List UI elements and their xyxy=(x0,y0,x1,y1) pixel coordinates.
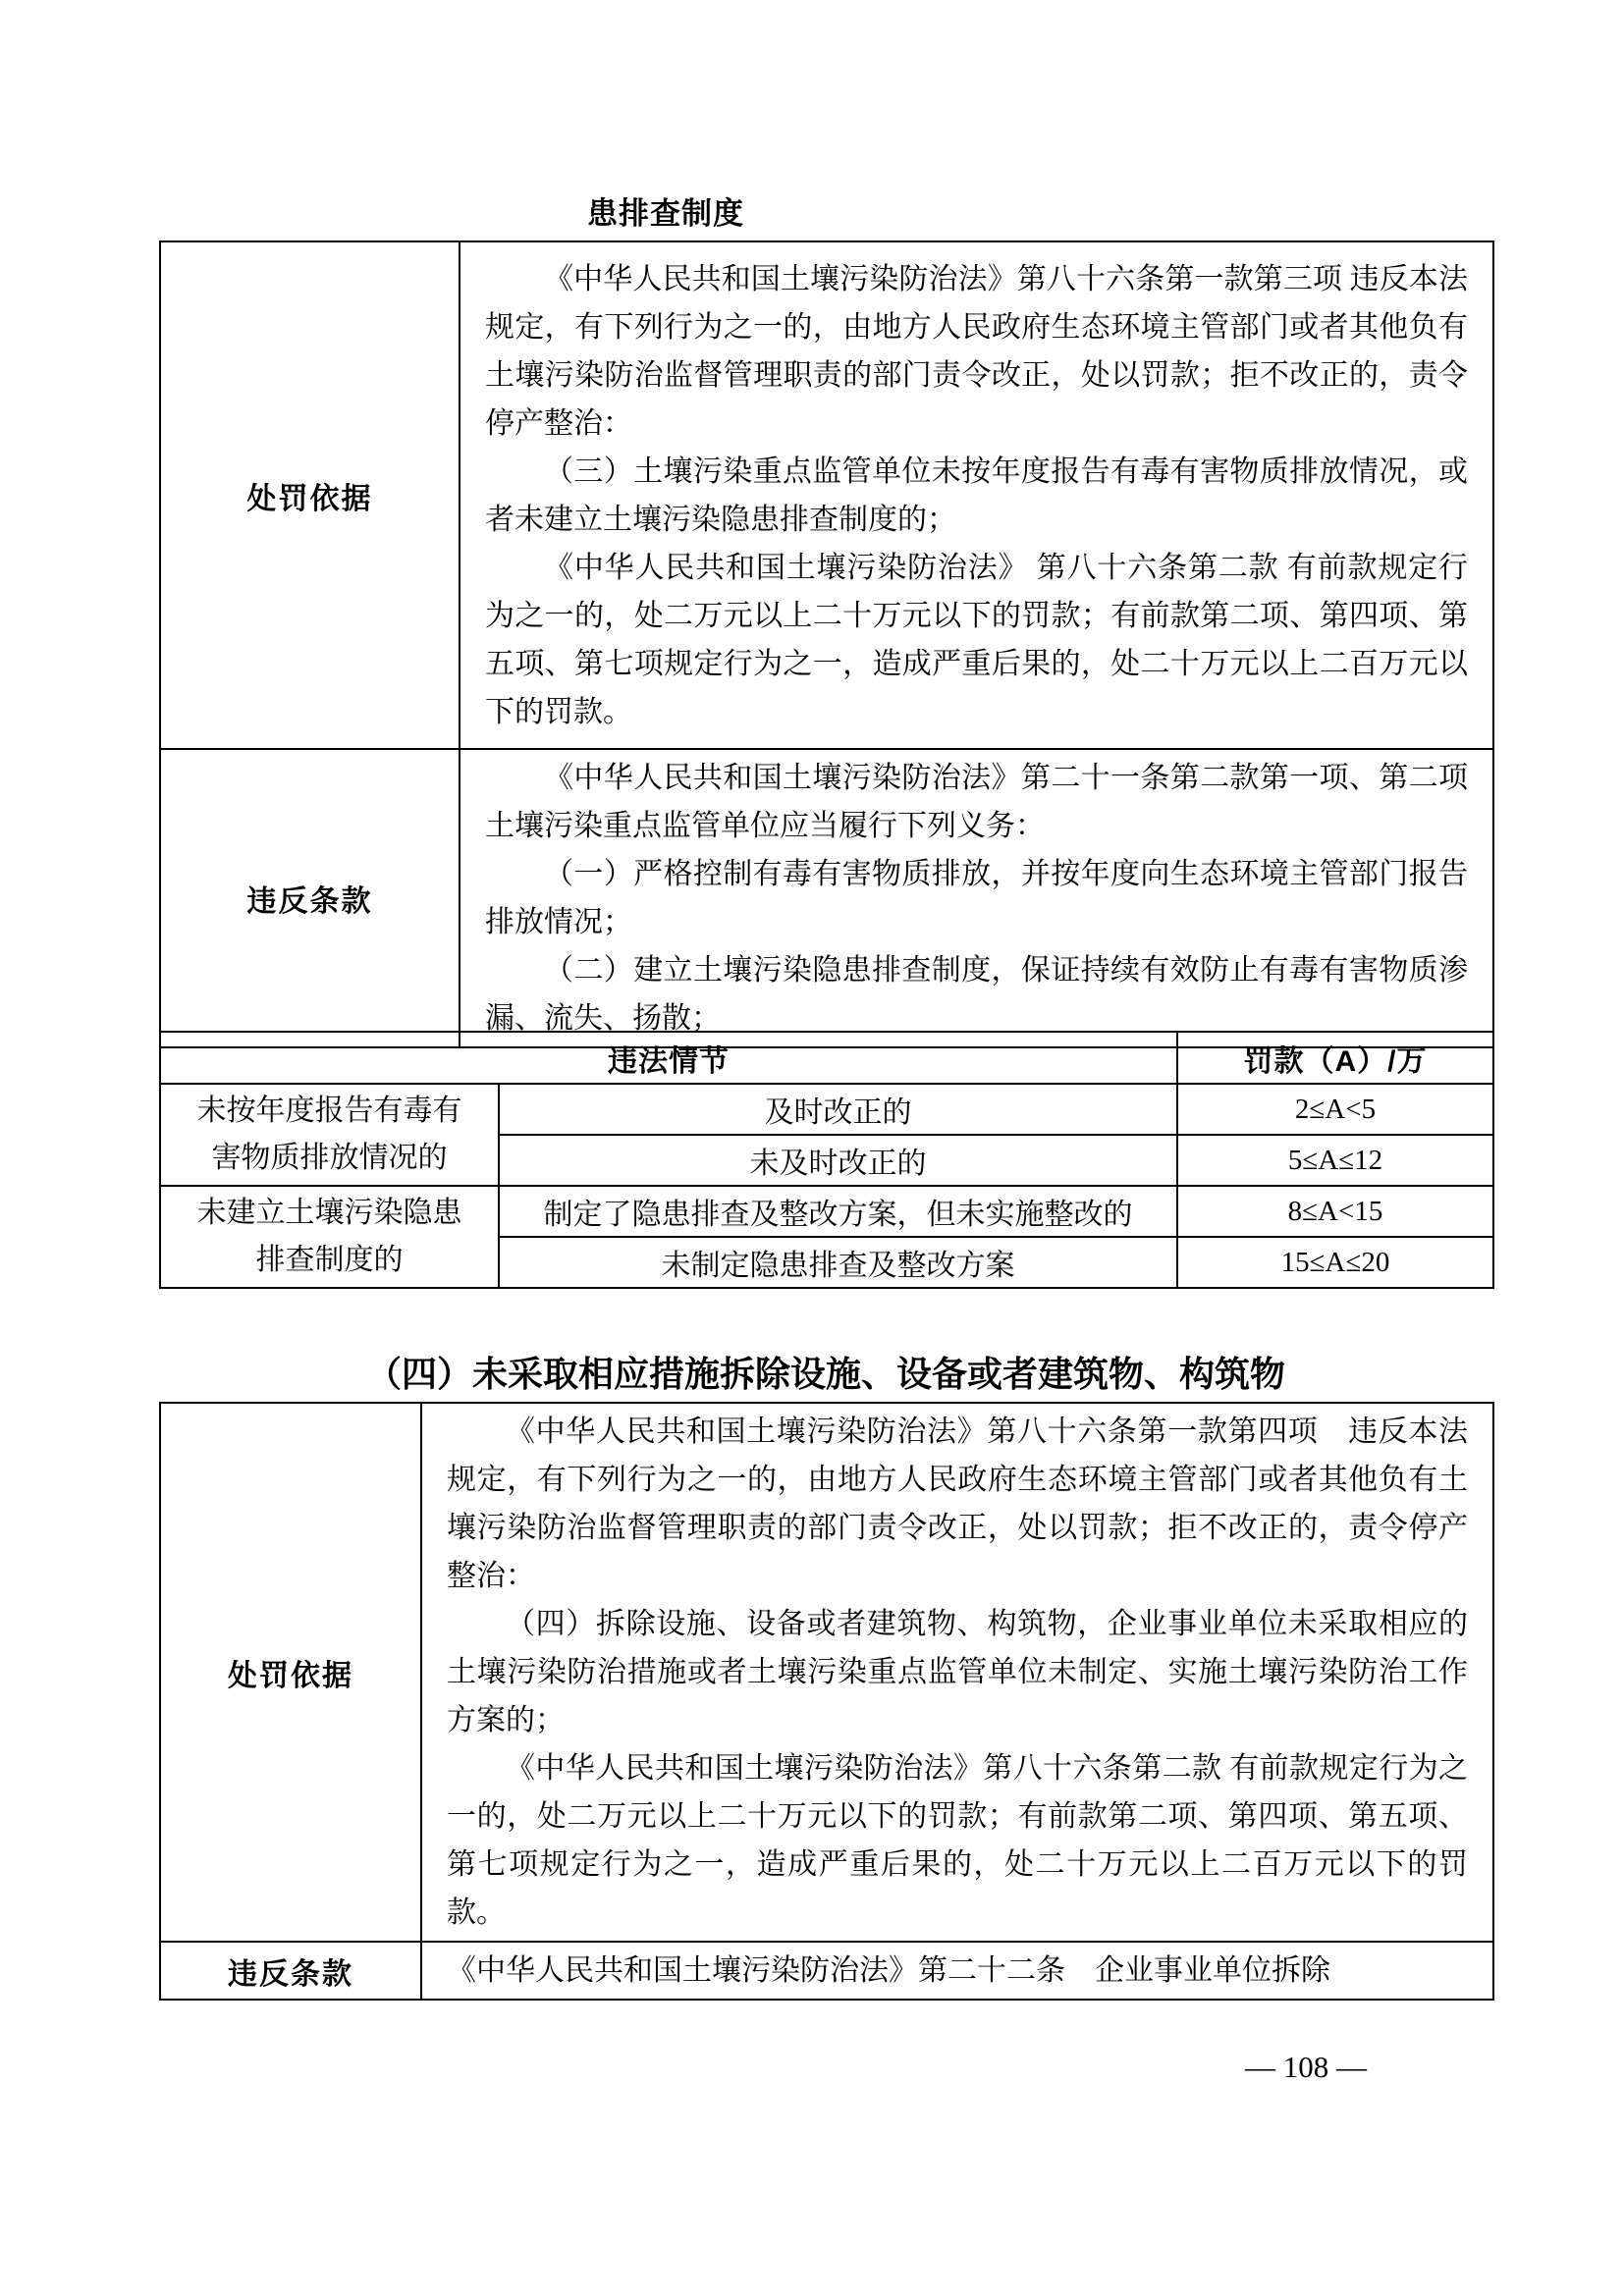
paragraph: 《中华人民共和国土壤污染防治法》第二十一条第二款第一项、第二项 土壤污染重点监管… xyxy=(485,754,1468,850)
violation-category: 未按年度报告有毒有害物质排放情况的 xyxy=(160,1084,499,1186)
violated-clause-text: 《中华人民共和国土壤污染防治法》第二十二条 企业事业单位拆除 xyxy=(421,1942,1493,2000)
paragraph: 《中华人民共和国土壤污染防治法》第八十六条第一款第三项 违反本法规定，有下列行为… xyxy=(485,255,1468,448)
table-demolition-penalty: 处罚依据 《中华人民共和国土壤污染防治法》第八十六条第一款第四项 违反本法规定，… xyxy=(159,1402,1494,2001)
table-row-violated-clause: 违反条款 《中华人民共和国土壤污染防治法》第二十二条 企业事业单位拆除 xyxy=(160,1942,1493,2000)
section-heading: （四）未采取相应措施拆除设施、设备或者建筑物、构筑物 xyxy=(159,1347,1492,1397)
fine-range: 8≤A<15 xyxy=(1177,1186,1493,1237)
table-row: 未建立土壤污染隐患排查制度的 制定了隐患排查及整改方案，但未实施整改的 8≤A<… xyxy=(160,1186,1493,1237)
paragraph: 《中华人民共和国土壤污染防治法》第八十六条第二款 有前款规定行为之一的，处二万元… xyxy=(447,1744,1468,1937)
violation-situation: 未及时改正的 xyxy=(499,1135,1177,1186)
row-label-penalty-basis: 处罚依据 xyxy=(160,1403,421,1942)
paragraph: （三）土壤污染重点监管单位未按年度报告有毒有害物质排放情况，或者未建立土壤污染隐… xyxy=(485,448,1468,544)
fine-range: 15≤A≤20 xyxy=(1177,1237,1493,1288)
violation-situation: 未制定隐患排查及整改方案 xyxy=(499,1237,1177,1288)
page-title: 患排查制度 xyxy=(0,188,1331,233)
paragraph: 《中华人民共和国土壤污染防治法》 第八十六条第二款 有前款规定行为之一的，处二万… xyxy=(485,544,1468,736)
row-label-violated-clause: 违反条款 xyxy=(160,749,460,1047)
paragraph: （一）严格控制有毒有害物质排放，并按年度向生态环境主管部门报告排放情况； xyxy=(485,850,1468,946)
paragraph: 《中华人民共和国土壤污染防治法》第二十二条 企业事业单位拆除 xyxy=(447,1947,1468,1995)
document-page: 患排查制度 处罚依据 《中华人民共和国土壤污染防治法》第八十六条第一款第三项 违… xyxy=(0,0,1624,2296)
table-row-penalty-basis: 处罚依据 《中华人民共和国土壤污染防治法》第八十六条第一款第三项 违反本法规定，… xyxy=(160,241,1493,749)
penalty-basis-text: 《中华人民共和国土壤污染防治法》第八十六条第一款第四项 违反本法规定，有下列行为… xyxy=(421,1403,1493,1942)
fine-range: 2≤A<5 xyxy=(1177,1084,1493,1135)
column-header-fine: 罚款（A）/万 xyxy=(1177,1032,1493,1084)
penalty-basis-text: 《中华人民共和国土壤污染防治法》第八十六条第一款第三项 违反本法规定，有下列行为… xyxy=(460,241,1493,749)
table-hidden-danger-inspection: 处罚依据 《中华人民共和国土壤污染防治法》第八十六条第一款第三项 违反本法规定，… xyxy=(159,240,1494,1048)
table-row: 未按年度报告有毒有害物质排放情况的 及时改正的 2≤A<5 xyxy=(160,1084,1493,1135)
fine-table-header-row: 违法情节 罚款（A）/万 xyxy=(160,1032,1493,1084)
violated-clause-text: 《中华人民共和国土壤污染防治法》第二十一条第二款第一项、第二项 土壤污染重点监管… xyxy=(460,749,1493,1047)
paragraph: （二）建立土壤污染隐患排查制度，保证持续有效防止有毒有害物质渗漏、流失、扬散； xyxy=(485,946,1468,1042)
table-row-violated-clause: 违反条款 《中华人民共和国土壤污染防治法》第二十一条第二款第一项、第二项 土壤污… xyxy=(160,749,1493,1047)
violation-situation: 及时改正的 xyxy=(499,1084,1177,1135)
paragraph: （四）拆除设施、设备或者建筑物、构筑物，企业事业单位未采取相应的土壤污染防治措施… xyxy=(447,1600,1468,1744)
violation-category: 未建立土壤污染隐患排查制度的 xyxy=(160,1186,499,1288)
row-label-penalty-basis: 处罚依据 xyxy=(160,241,460,749)
table-row-penalty-basis: 处罚依据 《中华人民共和国土壤污染防治法》第八十六条第一款第四项 违反本法规定，… xyxy=(160,1403,1493,1942)
table-fine-ranges: 违法情节 罚款（A）/万 未按年度报告有毒有害物质排放情况的 及时改正的 2≤A… xyxy=(159,1031,1494,1289)
fine-range: 5≤A≤12 xyxy=(1177,1135,1493,1186)
column-header-circumstance: 违法情节 xyxy=(160,1032,1177,1084)
row-label-violated-clause: 违反条款 xyxy=(160,1942,421,2000)
violation-situation: 制定了隐患排查及整改方案，但未实施整改的 xyxy=(499,1186,1177,1237)
paragraph: 《中华人民共和国土壤污染防治法》第八十六条第一款第四项 违反本法规定，有下列行为… xyxy=(447,1408,1468,1600)
page-number: — 108 — xyxy=(1193,2050,1419,2085)
